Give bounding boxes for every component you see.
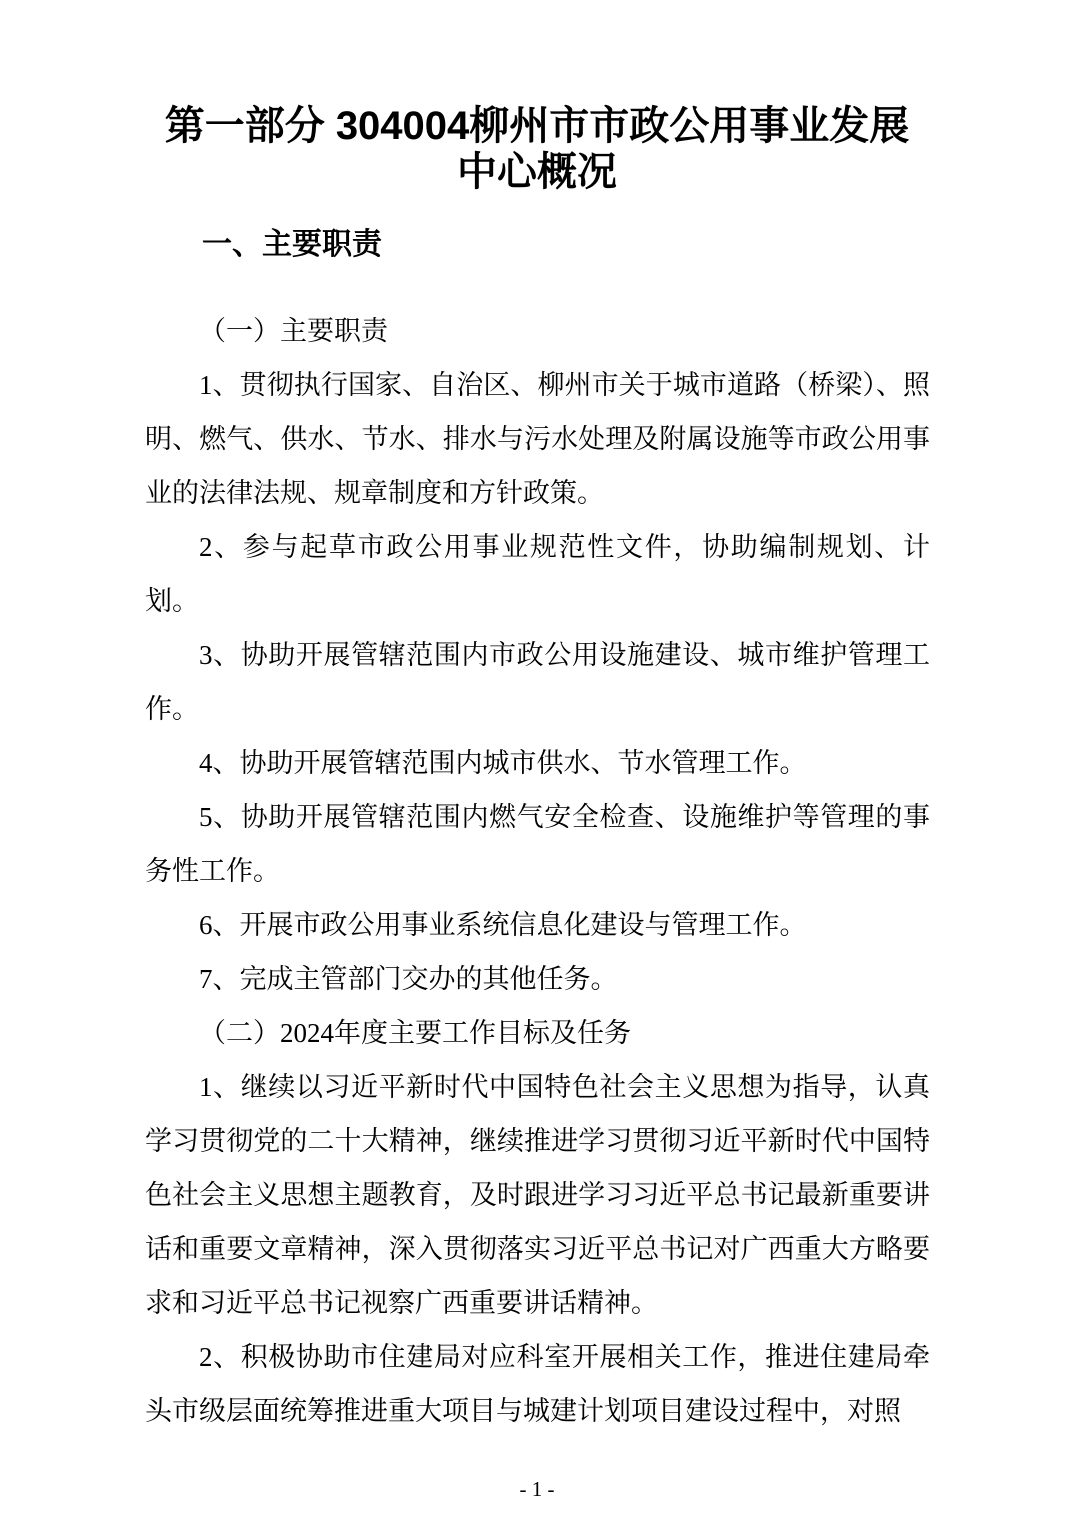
paragraph-duty-7: 7、完成主管部门交办的其他任务。 bbox=[145, 952, 930, 1006]
paragraph-subheading-2: （二）2024年度主要工作目标及任务 bbox=[145, 1006, 930, 1060]
page-footer: - 1 - bbox=[0, 1477, 1074, 1501]
section-heading: 一、主要职责 bbox=[145, 227, 930, 263]
paragraph-duty-1: 1、贯彻执行国家、自治区、柳州市关于城市道路（桥梁）、照明、燃气、供水、节水、排… bbox=[145, 358, 930, 520]
paragraph-duty-2: 2、参与起草市政公用事业规范性文件，协助编制规划、计划。 bbox=[145, 520, 930, 628]
paragraph-duty-4: 4、协助开展管辖范围内城市供水、节水管理工作。 bbox=[145, 736, 930, 790]
page-number: - 1 - bbox=[520, 1477, 555, 1501]
paragraph-duty-5: 5、协助开展管辖范围内燃气安全检查、设施维护等管理的事务性工作。 bbox=[145, 790, 930, 898]
paragraph-task-1: 1、继续以习近平新时代中国特色社会主义思想为指导，认真学习贯彻党的二十大精神，继… bbox=[145, 1060, 930, 1330]
paragraph-duty-3: 3、协助开展管辖范围内市政公用设施建设、城市维护管理工作。 bbox=[145, 628, 930, 736]
paragraph-subheading-1: （一）主要职责 bbox=[145, 304, 930, 358]
document-content: 一、主要职责 （一）主要职责 1、贯彻执行国家、自治区、柳州市关于城市道路（桥梁… bbox=[145, 227, 930, 1438]
document-title: 第一部分 304004柳州市市政公用事业发展 中心概况 bbox=[0, 0, 1074, 195]
paragraph-task-2: 2、积极协助市住建局对应科室开展相关工作，推进住建局牵头市级层面统筹推进重大项目… bbox=[145, 1330, 930, 1438]
document-title-line-1: 第一部分 304004柳州市市政公用事业发展 bbox=[80, 103, 994, 149]
document-body: （一）主要职责 1、贯彻执行国家、自治区、柳州市关于城市道路（桥梁）、照明、燃气… bbox=[145, 304, 930, 1438]
paragraph-duty-6: 6、开展市政公用事业系统信息化建设与管理工作。 bbox=[145, 898, 930, 952]
document-page: 第一部分 304004柳州市市政公用事业发展 中心概况 一、主要职责 （一）主要… bbox=[0, 0, 1074, 1520]
document-title-line-2: 中心概况 bbox=[80, 149, 994, 195]
